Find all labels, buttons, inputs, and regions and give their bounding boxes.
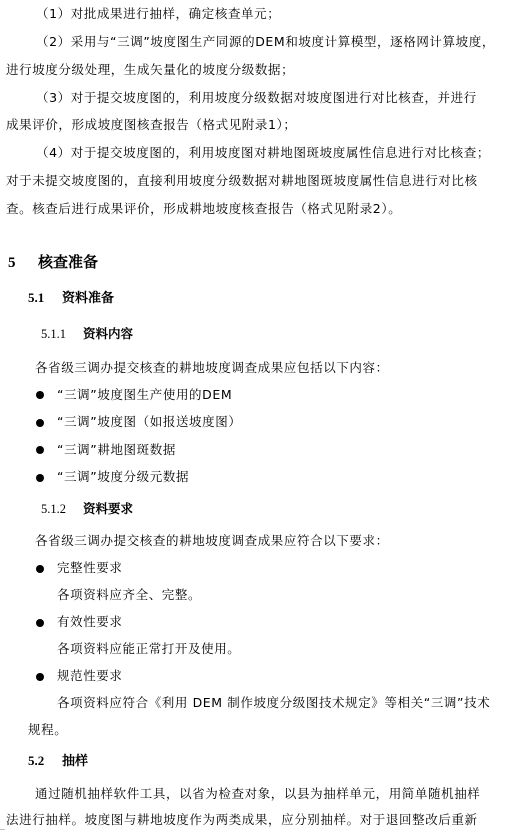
requirement-validity-title: 有效性要求: [57, 614, 123, 630]
step-1-paragraph: （1）对批成果进行抽样，确定核查单元；: [36, 6, 280, 22]
content-item-metadata: “三调”坡度分级元数据: [57, 469, 189, 485]
requirement-completeness-title: 完整性要求: [57, 560, 123, 576]
section-5-1-1-number: 5.1.1: [41, 326, 83, 342]
step-3-paragraph-cont: 成果评价，形成坡度图核查报告（格式见附录1）；: [6, 117, 297, 133]
bullet-icon: [36, 673, 44, 681]
section-5-1-1-title: 资料内容: [83, 326, 133, 341]
bullet-icon: [36, 565, 44, 573]
requirement-standard-title: 规范性要求: [57, 668, 123, 684]
section-5-2-paragraph-cont: 法进行抽样。坡度图与耕地坡度作为两类成果，应分别抽样。对于退回整改后重新: [6, 812, 478, 828]
bullet-icon: [36, 419, 44, 427]
section-5-1-2-heading: 5.1.2资料要求: [41, 501, 133, 517]
bullet-icon: [36, 619, 44, 627]
step-4-paragraph-cont: 对于未提交坡度图的，直接利用坡度分级数据对耕地图斑坡度属性信息进行对比核: [6, 173, 478, 189]
section-5-2-heading: 5.2抽样: [28, 753, 88, 770]
section-5-1-heading: 5.1资料准备: [28, 290, 114, 307]
section-5-1-1-heading: 5.1.1资料内容: [41, 326, 133, 342]
section-5-2-number: 5.2: [28, 753, 62, 769]
step-4-paragraph: （4）对于提交坡度图的，利用坡度图对耕地图斑坡度属性信息进行对比核查；: [36, 145, 490, 161]
section-5-1-title: 资料准备: [62, 291, 114, 306]
section-5-2-paragraph: 通过随机抽样软件工具，以省为检查对象，以县为抽样单元，用简单随机抽样: [35, 786, 480, 802]
requirement-standard-desc: 各项资料应符合《利用 DEM 制作坡度分级图技术规定》等相关“三调”技术: [57, 695, 490, 711]
section-5-1-2-number: 5.1.2: [41, 501, 83, 517]
requirement-completeness-desc: 各项资料应齐全、完整。: [57, 587, 201, 603]
content-item-slope-map: “三调”坡度图（如报送坡度图）: [57, 414, 241, 430]
section-5-heading: 5核查准备: [8, 253, 98, 272]
section-5-1-1-intro: 各省级三调办提交核查的耕地坡度调查成果应包括以下内容：: [35, 360, 389, 376]
step-2-paragraph: （2）采用与“三调”坡度图生产同源的DEM和坡度计算模型，逐格网计算坡度，: [36, 34, 495, 50]
requirement-standard-desc-cont: 规程。: [28, 722, 67, 738]
requirement-validity-desc: 各项资料应能正常打开及使用。: [57, 641, 240, 657]
content-item-dem: “三调”坡度图生产使用的DEM: [57, 387, 232, 403]
step-2-paragraph-cont: 进行坡度分级处理，生成矢量化的坡度分级数据；: [6, 62, 294, 78]
section-5-1-2-intro: 各省级三调办提交核查的耕地坡度调查成果应符合以下要求：: [35, 533, 389, 549]
section-5-title: 核查准备: [38, 253, 98, 271]
step-3-paragraph: （3）对于提交坡度图的，利用坡度分级数据对坡度图进行对比核查，并进行: [36, 90, 477, 106]
section-5-number: 5: [8, 254, 38, 272]
step-4-paragraph-cont-2: 查。核查后进行成果评价，形成耕地坡度核查报告（格式见附录2）。: [6, 201, 401, 217]
content-item-farmland-patches: “三调”耕地图斑数据: [57, 442, 176, 458]
bullet-icon: [36, 391, 44, 399]
section-5-2-title: 抽样: [62, 754, 88, 769]
section-5-1-2-title: 资料要求: [83, 501, 133, 516]
section-5-1-number: 5.1: [28, 290, 62, 306]
bullet-icon: [36, 446, 44, 454]
bullet-icon: [36, 474, 44, 482]
page-corner-mark: [0, 829, 5, 830]
